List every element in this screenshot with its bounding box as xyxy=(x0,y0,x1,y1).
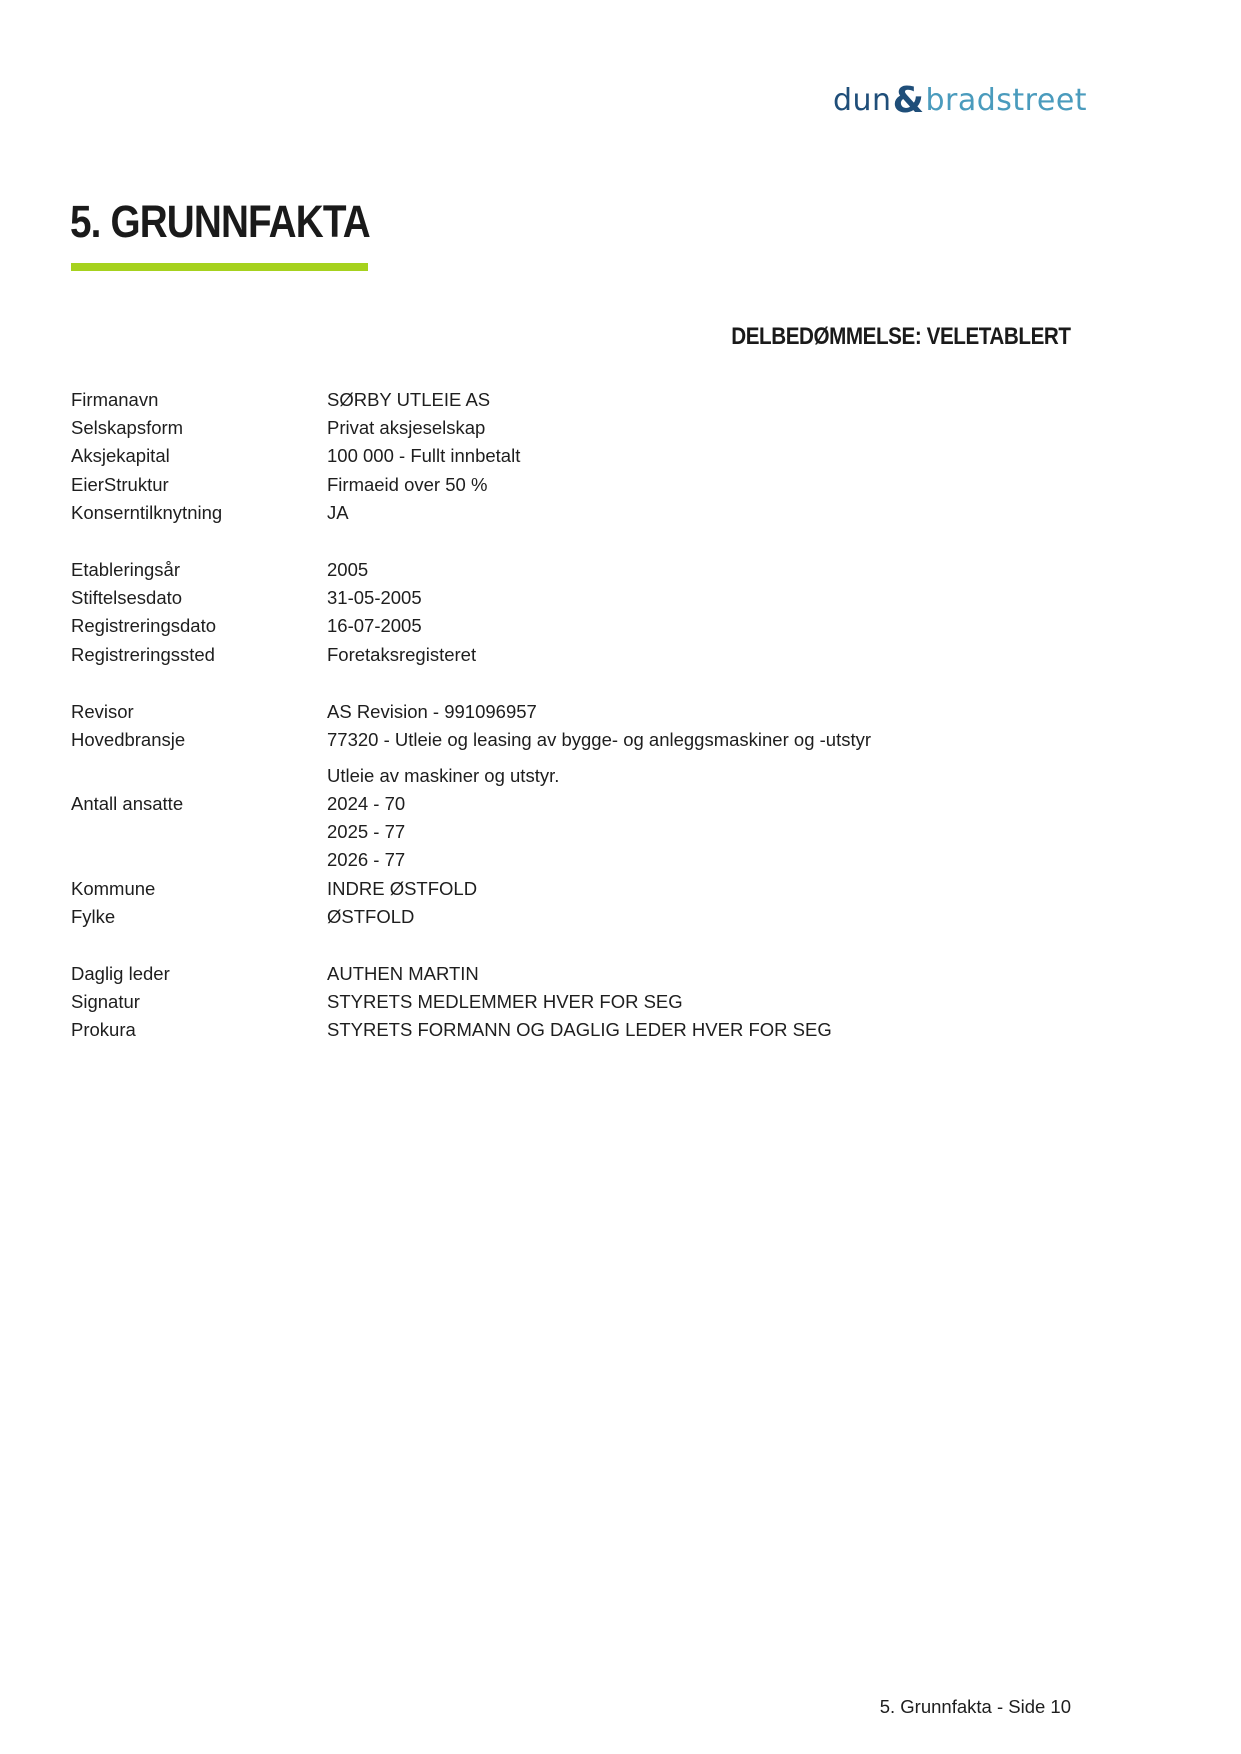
fact-label: Konserntilknytning xyxy=(71,499,327,527)
fact-value: 16-07-2005 xyxy=(327,612,1071,640)
fact-label: Hovedbransje xyxy=(71,726,327,754)
title-underline-bar xyxy=(71,263,368,271)
fact-row: RegistreringsstedForetaksregisteret xyxy=(71,641,1071,669)
fact-row-fylke: FylkeØSTFOLD xyxy=(71,903,1071,931)
fact-value: ØSTFOLD xyxy=(327,903,1071,931)
logo-text-dun: dun xyxy=(833,83,892,118)
fact-value: STYRETS MEDLEMMER HVER FOR SEG xyxy=(327,988,1071,1016)
fact-value: Foretaksregisteret xyxy=(327,641,1071,669)
fact-row-antall-ansatte: Antall ansatte2024 - 70 xyxy=(71,790,1071,818)
fact-label: Etableringsår xyxy=(71,556,327,584)
fact-label: Firmanavn xyxy=(71,386,327,414)
fact-value: STYRETS FORMANN OG DAGLIG LEDER HVER FOR… xyxy=(327,1016,1071,1044)
facts-group-management: Daglig lederAUTHEN MARTIN SignaturSTYRET… xyxy=(71,960,1071,1045)
fact-row-antall-ansatte: 2026 - 77 xyxy=(71,846,1071,874)
fact-row: Aksjekapital100 000 - Fullt innbetalt xyxy=(71,442,1071,470)
fact-row: Registreringsdato16-07-2005 xyxy=(71,612,1071,640)
facts-group-registration: Etableringsår2005 Stiftelsesdato31-05-20… xyxy=(71,556,1071,669)
fact-label: Daglig leder xyxy=(71,960,327,988)
fact-value: Utleie av maskiner og utstyr. xyxy=(327,754,1071,790)
fact-label: Kommune xyxy=(71,875,327,903)
fact-row: Stiftelsesdato31-05-2005 xyxy=(71,584,1071,612)
fact-label: Antall ansatte xyxy=(71,790,327,818)
fact-label: Selskapsform xyxy=(71,414,327,442)
page-title: 5. GRUNNFAKTA xyxy=(70,196,370,248)
fact-label: Prokura xyxy=(71,1016,327,1044)
fact-row: Daglig lederAUTHEN MARTIN xyxy=(71,960,1071,988)
fact-row-revisor: RevisorAS Revision - 991096957 xyxy=(71,698,1071,726)
fact-label: Registreringsdato xyxy=(71,612,327,640)
fact-label: Stiftelsesdato xyxy=(71,584,327,612)
page-footer: 5. Grunnfakta - Side 10 xyxy=(880,1696,1071,1718)
fact-row-bransje-description: Utleie av maskiner og utstyr. xyxy=(71,754,1071,790)
fact-value: 2005 xyxy=(327,556,1071,584)
fact-row-hovedbransje: Hovedbransje77320 - Utleie og leasing av… xyxy=(71,726,1071,754)
fact-value: AUTHEN MARTIN xyxy=(327,960,1071,988)
fact-label: Revisor xyxy=(71,698,327,726)
fact-row: SelskapsformPrivat aksjeselskap xyxy=(71,414,1071,442)
fact-row: SignaturSTYRETS MEDLEMMER HVER FOR SEG xyxy=(71,988,1071,1016)
fact-value: Firmaeid over 50 % xyxy=(327,471,1071,499)
fact-value: 100 000 - Fullt innbetalt xyxy=(327,442,1071,470)
logo-ampersand-icon: & xyxy=(893,80,925,121)
dun-bradstreet-logo: dun&bradstreet xyxy=(833,80,1087,120)
fact-label: Signatur xyxy=(71,988,327,1016)
fact-row: FirmanavnSØRBY UTLEIE AS xyxy=(71,386,1071,414)
fact-row-kommune: KommuneINDRE ØSTFOLD xyxy=(71,875,1071,903)
fact-value: Privat aksjeselskap xyxy=(327,414,1071,442)
fact-value: 2025 - 77 xyxy=(327,818,1071,846)
fact-row: Etableringsår2005 xyxy=(71,556,1071,584)
fact-label: Fylke xyxy=(71,903,327,931)
fact-label: Registreringssted xyxy=(71,641,327,669)
facts-group-company: FirmanavnSØRBY UTLEIE AS SelskapsformPri… xyxy=(71,386,1071,527)
fact-label: Aksjekapital xyxy=(71,442,327,470)
facts-group-operations: RevisorAS Revision - 991096957 Hovedbran… xyxy=(71,698,1071,931)
fact-label: EierStruktur xyxy=(71,471,327,499)
fact-row-antall-ansatte: 2025 - 77 xyxy=(71,818,1071,846)
fact-value: 2024 - 70 xyxy=(327,790,1071,818)
fact-row: KonserntilknytningJA xyxy=(71,499,1071,527)
fact-value: 2026 - 77 xyxy=(327,846,1071,874)
fact-value: JA xyxy=(327,499,1071,527)
facts-table: FirmanavnSØRBY UTLEIE AS SelskapsformPri… xyxy=(71,386,1071,1074)
fact-value: 31-05-2005 xyxy=(327,584,1071,612)
fact-value: SØRBY UTLEIE AS xyxy=(327,386,1071,414)
fact-value: 77320 - Utleie og leasing av bygge- og a… xyxy=(327,726,1071,754)
fact-row: ProkuraSTYRETS FORMANN OG DAGLIG LEDER H… xyxy=(71,1016,1071,1044)
fact-row: EierStrukturFirmaeid over 50 % xyxy=(71,471,1071,499)
logo-text-bradstreet: bradstreet xyxy=(925,83,1087,118)
rating-heading: DELBEDØMMELSE: VELETABLERT xyxy=(732,323,1071,351)
fact-value: INDRE ØSTFOLD xyxy=(327,875,1071,903)
fact-value: AS Revision - 991096957 xyxy=(327,698,1071,726)
